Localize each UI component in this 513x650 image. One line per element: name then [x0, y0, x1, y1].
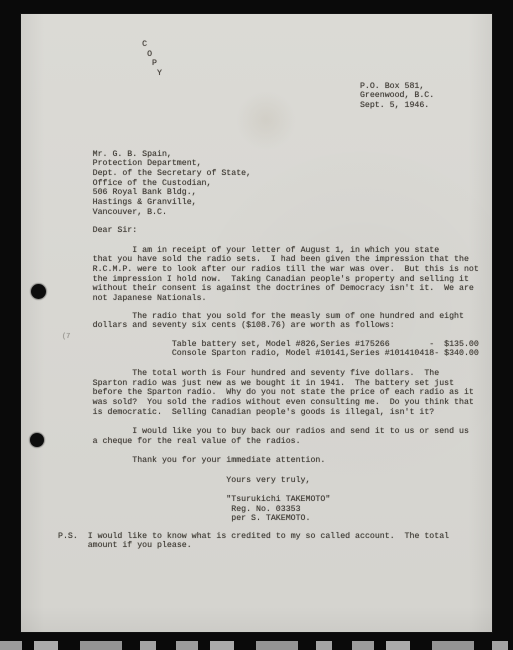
salutation: Dear Sir:: [93, 226, 138, 236]
copy-marking: C O P Y: [142, 40, 162, 79]
body-paragraph-1: I am in receipt of your letter of August…: [93, 246, 479, 304]
body-paragraph-4: I would like you to buy back our radios …: [93, 427, 469, 446]
pencil-margin-mark: (7: [62, 333, 70, 343]
signature-block: "Tsurukichi TAKEMOTO" Reg. No. 03353 per…: [226, 495, 330, 524]
body-paragraph-3: The total worth is Four hundred and seve…: [93, 369, 474, 418]
recipient-address: Mr. G. B. Spain, Protection Department, …: [93, 150, 251, 218]
radio-valuation-table: Table battery set, Model #826,Series #17…: [172, 340, 479, 359]
letter-page: C O P Y P.O. Box 581, Greenwood, B.C. Se…: [21, 14, 492, 632]
hole-punch-bottom: [30, 433, 44, 447]
closing-thanks-line: Thank you for your immediate attention.: [93, 456, 326, 466]
film-sprocket-strip: [0, 641, 513, 650]
sender-address-date: P.O. Box 581, Greenwood, B.C. Sept. 5, 1…: [360, 82, 434, 111]
microfilm-scan-frame: C O P Y P.O. Box 581, Greenwood, B.C. Se…: [0, 0, 513, 650]
body-paragraph-2: The radio that you sold for the measly s…: [93, 312, 464, 331]
hole-punch-top: [31, 284, 46, 299]
postscript: P.S. I would like to know what is credit…: [58, 532, 449, 551]
valediction: Yours very truly,: [226, 476, 310, 486]
